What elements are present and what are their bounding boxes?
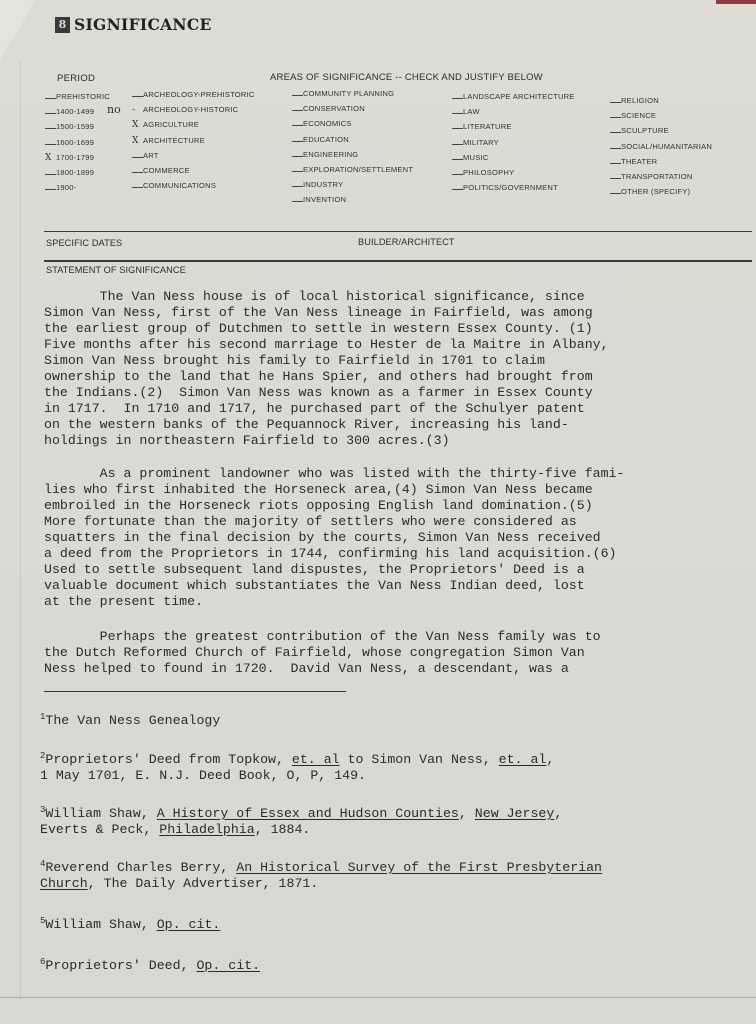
period-checkbox-item[interactable]: 1900- (45, 180, 110, 195)
checkbox-label: PHILOSOPHY (463, 168, 514, 177)
checkbox-label: EXPLORATION/SETTLEMENT (303, 165, 413, 174)
checkbox-label: 1600-1699 (56, 138, 94, 147)
area-checkbox-item[interactable]: MUSIC (452, 150, 575, 165)
period-checkbox-item[interactable]: 1800-1899 (45, 165, 110, 180)
handwritten-note: no (107, 103, 121, 116)
check-mark[interactable]: X (45, 151, 56, 166)
checkbox-label: 1700-1799 (56, 153, 94, 162)
area-checkbox-item[interactable]: CONSERVATION (292, 101, 413, 116)
checkbox-label: THEATER (621, 157, 657, 166)
blank-check-line[interactable] (452, 182, 463, 190)
statement-paragraph-1: The Van Ness house is of local historica… (44, 289, 754, 449)
area-checkbox-item[interactable]: THEATER (610, 154, 712, 169)
areas-checklist-column-2: COMMUNITY PLANNINGCONSERVATIONECONOMICSE… (292, 86, 413, 208)
area-checkbox-item[interactable]: LITERATURE (452, 119, 575, 134)
underlined-citation-text: New Jersey (475, 806, 555, 821)
checkbox-label: LANDSCAPE ARCHITECTURE (463, 92, 575, 101)
divider-line-thick (44, 260, 752, 262)
area-checkbox-item[interactable]: SCIENCE (610, 108, 712, 123)
blank-check-line[interactable] (132, 89, 143, 97)
period-checklist: PREHISTORIC1400-14991500-15991600-1699X1… (45, 89, 110, 195)
checkbox-label: 1900- (56, 183, 76, 192)
footnote-separator (44, 691, 346, 692)
citation-text: Proprietors' Deed from Topkow, (45, 752, 292, 767)
blank-check-line[interactable] (610, 171, 621, 179)
blank-check-line[interactable] (610, 186, 621, 194)
folded-page-corner (0, 0, 36, 60)
citation-text: Reverend Charles Berry, (45, 860, 236, 875)
area-checkbox-item[interactable]: INDUSTRY (292, 177, 413, 192)
checkbox-label: AGRICULTURE (143, 120, 199, 129)
blank-check-line[interactable] (292, 179, 303, 187)
document-page: 8 SIGNIFICANCE PERIOD AREAS OF SIGNIFICA… (0, 0, 756, 1024)
checkbox-label: INDUSTRY (303, 180, 343, 189)
area-checkbox-item[interactable]: EDUCATION (292, 132, 413, 147)
page-margin-line (20, 60, 21, 1000)
area-checkbox-item[interactable]: ARCHEOLOGY-PREHISTORIC (132, 87, 255, 102)
citation-text: William Shaw, (45, 806, 156, 821)
footnote-3: 3William Shaw, A History of Essex and Hu… (40, 806, 562, 838)
checkbox-label: ENGINEERING (303, 150, 358, 159)
area-checkbox-item[interactable]: COMMUNITY PLANNING (292, 86, 413, 101)
underlined-citation-text: Church (40, 876, 88, 891)
areas-checklist-column-3: LANDSCAPE ARCHITECTURELAWLITERATUREMILIT… (452, 89, 575, 195)
checkbox-label: MUSIC (463, 153, 488, 162)
blank-check-line[interactable] (45, 182, 56, 190)
blank-check-line[interactable] (452, 91, 463, 99)
checkbox-label: 1400-1499 (56, 107, 94, 116)
checkbox-label: SCULPTURE (621, 126, 669, 135)
checkbox-label: LAW (463, 107, 480, 116)
checkbox-label: OTHER (SPECIFY) (621, 187, 690, 196)
checkbox-label: ECONOMICS (303, 119, 352, 128)
area-checkbox-item[interactable]: OTHER (SPECIFY) (610, 184, 712, 199)
citation-text: , (459, 806, 475, 821)
checkbox-label: PREHISTORIC (56, 92, 110, 101)
underlined-citation-text: et. al (499, 752, 547, 767)
period-checkbox-item[interactable]: 1500-1599 (45, 119, 110, 134)
blank-check-line[interactable] (292, 103, 303, 111)
footnote-1: 1The Van Ness Genealogy (40, 713, 220, 729)
citation-text: The Van Ness Genealogy (45, 713, 220, 728)
period-label: PERIOD (57, 73, 95, 84)
statement-of-significance-label: STATEMENT OF SIGNIFICANCE (46, 265, 186, 275)
area-checkbox-item[interactable]: PHILOSOPHY (452, 165, 575, 180)
blank-check-line[interactable] (610, 110, 621, 118)
area-checkbox-item[interactable]: SCULPTURE (610, 123, 712, 138)
areas-of-significance-label: AREAS OF SIGNIFICANCE -- CHECK AND JUSTI… (270, 72, 543, 83)
checkbox-label: MILITARY (463, 138, 499, 147)
blank-check-line[interactable] (452, 121, 463, 129)
checkbox-label: RELIGION (621, 96, 659, 105)
blank-check-line[interactable] (45, 121, 56, 129)
citation-text: , 1884. (255, 822, 311, 837)
checkbox-label: LITERATURE (463, 122, 512, 131)
underlined-citation-text: Op. cit. (196, 958, 260, 973)
area-checkbox-item[interactable]: TRANSPORTATION (610, 169, 712, 184)
footnote-4: 4Reverend Charles Berry, An Historical S… (40, 860, 602, 892)
area-checkbox-item[interactable]: EXPLORATION/SETTLEMENT (292, 162, 413, 177)
period-checkbox-item[interactable]: 1400-1499 (45, 104, 110, 119)
citation-text: to Simon Van Ness, (340, 752, 499, 767)
area-checkbox-item[interactable]: ART (132, 148, 255, 163)
checkbox-label: SOCIAL/HUMANITARIAN (621, 142, 712, 151)
area-checkbox-item[interactable]: ENGINEERING (292, 147, 413, 162)
period-checkbox-item[interactable]: X1700-1799 (45, 150, 110, 165)
area-checkbox-item[interactable]: ECONOMICS (292, 116, 413, 131)
blank-check-line[interactable] (610, 95, 621, 103)
checkbox-label: INVENTION (303, 195, 346, 204)
area-checkbox-item[interactable]: LAW (452, 104, 575, 119)
area-checkbox-item[interactable]: INVENTION (292, 192, 413, 207)
checkbox-label: ART (143, 151, 159, 160)
statement-paragraph-3: Perhaps the greatest contribution of the… (44, 629, 754, 677)
blank-check-line[interactable] (292, 118, 303, 126)
blank-check-line[interactable] (292, 134, 303, 142)
checkbox-label: CONSERVATION (303, 104, 365, 113)
blank-check-line[interactable] (452, 106, 463, 114)
area-checkbox-item[interactable]: COMMUNICATIONS (132, 178, 255, 193)
specific-dates-label: SPECIFIC DATES (46, 238, 122, 248)
blank-check-line[interactable] (292, 88, 303, 96)
statement-paragraph-2: As a prominent landowner who was listed … (44, 466, 754, 610)
blank-check-line[interactable] (292, 164, 303, 172)
blank-check-line[interactable] (292, 149, 303, 157)
builder-architect-label: BUILDER/ARCHITECT (358, 237, 455, 247)
footnote-5: 5William Shaw, Op. cit. (40, 917, 220, 933)
area-checkbox-item[interactable]: XAGRICULTURE (132, 117, 255, 132)
area-checkbox-item[interactable]: LANDSCAPE ARCHITECTURE (452, 89, 575, 104)
underlined-citation-text: An Historical Survey of the First Presby… (236, 860, 602, 875)
checkbox-label: TRANSPORTATION (621, 172, 693, 181)
checkbox-label: ARCHITECTURE (143, 136, 205, 145)
areas-checklist-column-4: RELIGIONSCIENCESCULPTURESOCIAL/HUMANITAR… (610, 93, 712, 199)
blank-check-line[interactable] (610, 125, 621, 133)
area-checkbox-item[interactable]: COMMERCE (132, 163, 255, 178)
section-title: SIGNIFICANCE (74, 15, 212, 34)
period-checkbox-item[interactable]: 1600-1699 (45, 135, 110, 150)
underlined-citation-text: et. al (292, 752, 340, 767)
blank-check-line[interactable] (610, 141, 621, 149)
section-number-badge: 8 (55, 17, 70, 33)
blank-check-line[interactable] (132, 165, 143, 173)
background-edge (716, 0, 756, 4)
checkbox-label: COMMUNITY PLANNING (303, 89, 394, 98)
area-checkbox-item[interactable]: POLITICS/GOVERNMENT (452, 180, 575, 195)
checkbox-label: SCIENCE (621, 111, 656, 120)
checkbox-label: EDUCATION (303, 135, 349, 144)
check-mark[interactable]: X (132, 118, 143, 133)
blank-check-line[interactable] (452, 137, 463, 145)
checkbox-label: ARCHEOLOGY-HISTORIC (143, 105, 238, 114)
blank-check-line[interactable] (45, 137, 56, 145)
underlined-citation-text: Op. cit. (157, 917, 221, 932)
blank-check-line[interactable] (132, 150, 143, 158)
citation-text: William Shaw, (45, 917, 156, 932)
blank-check-line[interactable] (610, 156, 621, 164)
checkbox-label: 1800-1899 (56, 168, 94, 177)
blank-check-line[interactable] (132, 180, 143, 188)
blank-check-line[interactable] (45, 167, 56, 175)
blank-check-line[interactable] (45, 106, 56, 114)
footnote-2: 2Proprietors' Deed from Topkow, et. al t… (40, 752, 554, 784)
checkbox-label: POLITICS/GOVERNMENT (463, 183, 558, 192)
area-checkbox-item[interactable]: SOCIAL/HUMANITARIAN (610, 139, 712, 154)
blank-check-line[interactable] (452, 152, 463, 160)
citation-text: Proprietors' Deed, (45, 958, 196, 973)
divider-line (44, 231, 752, 232)
area-checkbox-item[interactable]: -ARCHEOLOGY-HISTORIC (132, 102, 255, 117)
blank-check-line[interactable] (45, 91, 56, 99)
check-mark[interactable]: X (132, 134, 143, 149)
section-header: 8 SIGNIFICANCE (55, 15, 212, 34)
blank-check-line[interactable] (292, 194, 303, 202)
blank-check-line[interactable] (452, 167, 463, 175)
period-checkbox-item[interactable]: PREHISTORIC (45, 89, 110, 104)
area-checkbox-item[interactable]: XARCHITECTURE (132, 133, 255, 148)
checkbox-label: 1500-1599 (56, 122, 94, 131)
underlined-citation-text: A History of Essex and Hudson Counties (157, 806, 459, 821)
underlined-citation-text: Philadelphia (159, 822, 254, 837)
checkbox-label: ARCHEOLOGY-PREHISTORIC (143, 90, 255, 99)
citation-text: , The Daily Advertiser, 1871. (88, 876, 319, 891)
area-checkbox-item[interactable]: MILITARY (452, 135, 575, 150)
page-bottom-line (0, 997, 756, 998)
area-checkbox-item[interactable]: RELIGION (610, 93, 712, 108)
checkbox-label: COMMERCE (143, 166, 190, 175)
check-mark[interactable]: - (132, 103, 143, 118)
checkbox-label: COMMUNICATIONS (143, 181, 216, 190)
areas-checklist-column-1: ARCHEOLOGY-PREHISTORIC-ARCHEOLOGY-HISTOR… (132, 87, 255, 193)
footnote-6: 6Proprietors' Deed, Op. cit. (40, 958, 260, 974)
